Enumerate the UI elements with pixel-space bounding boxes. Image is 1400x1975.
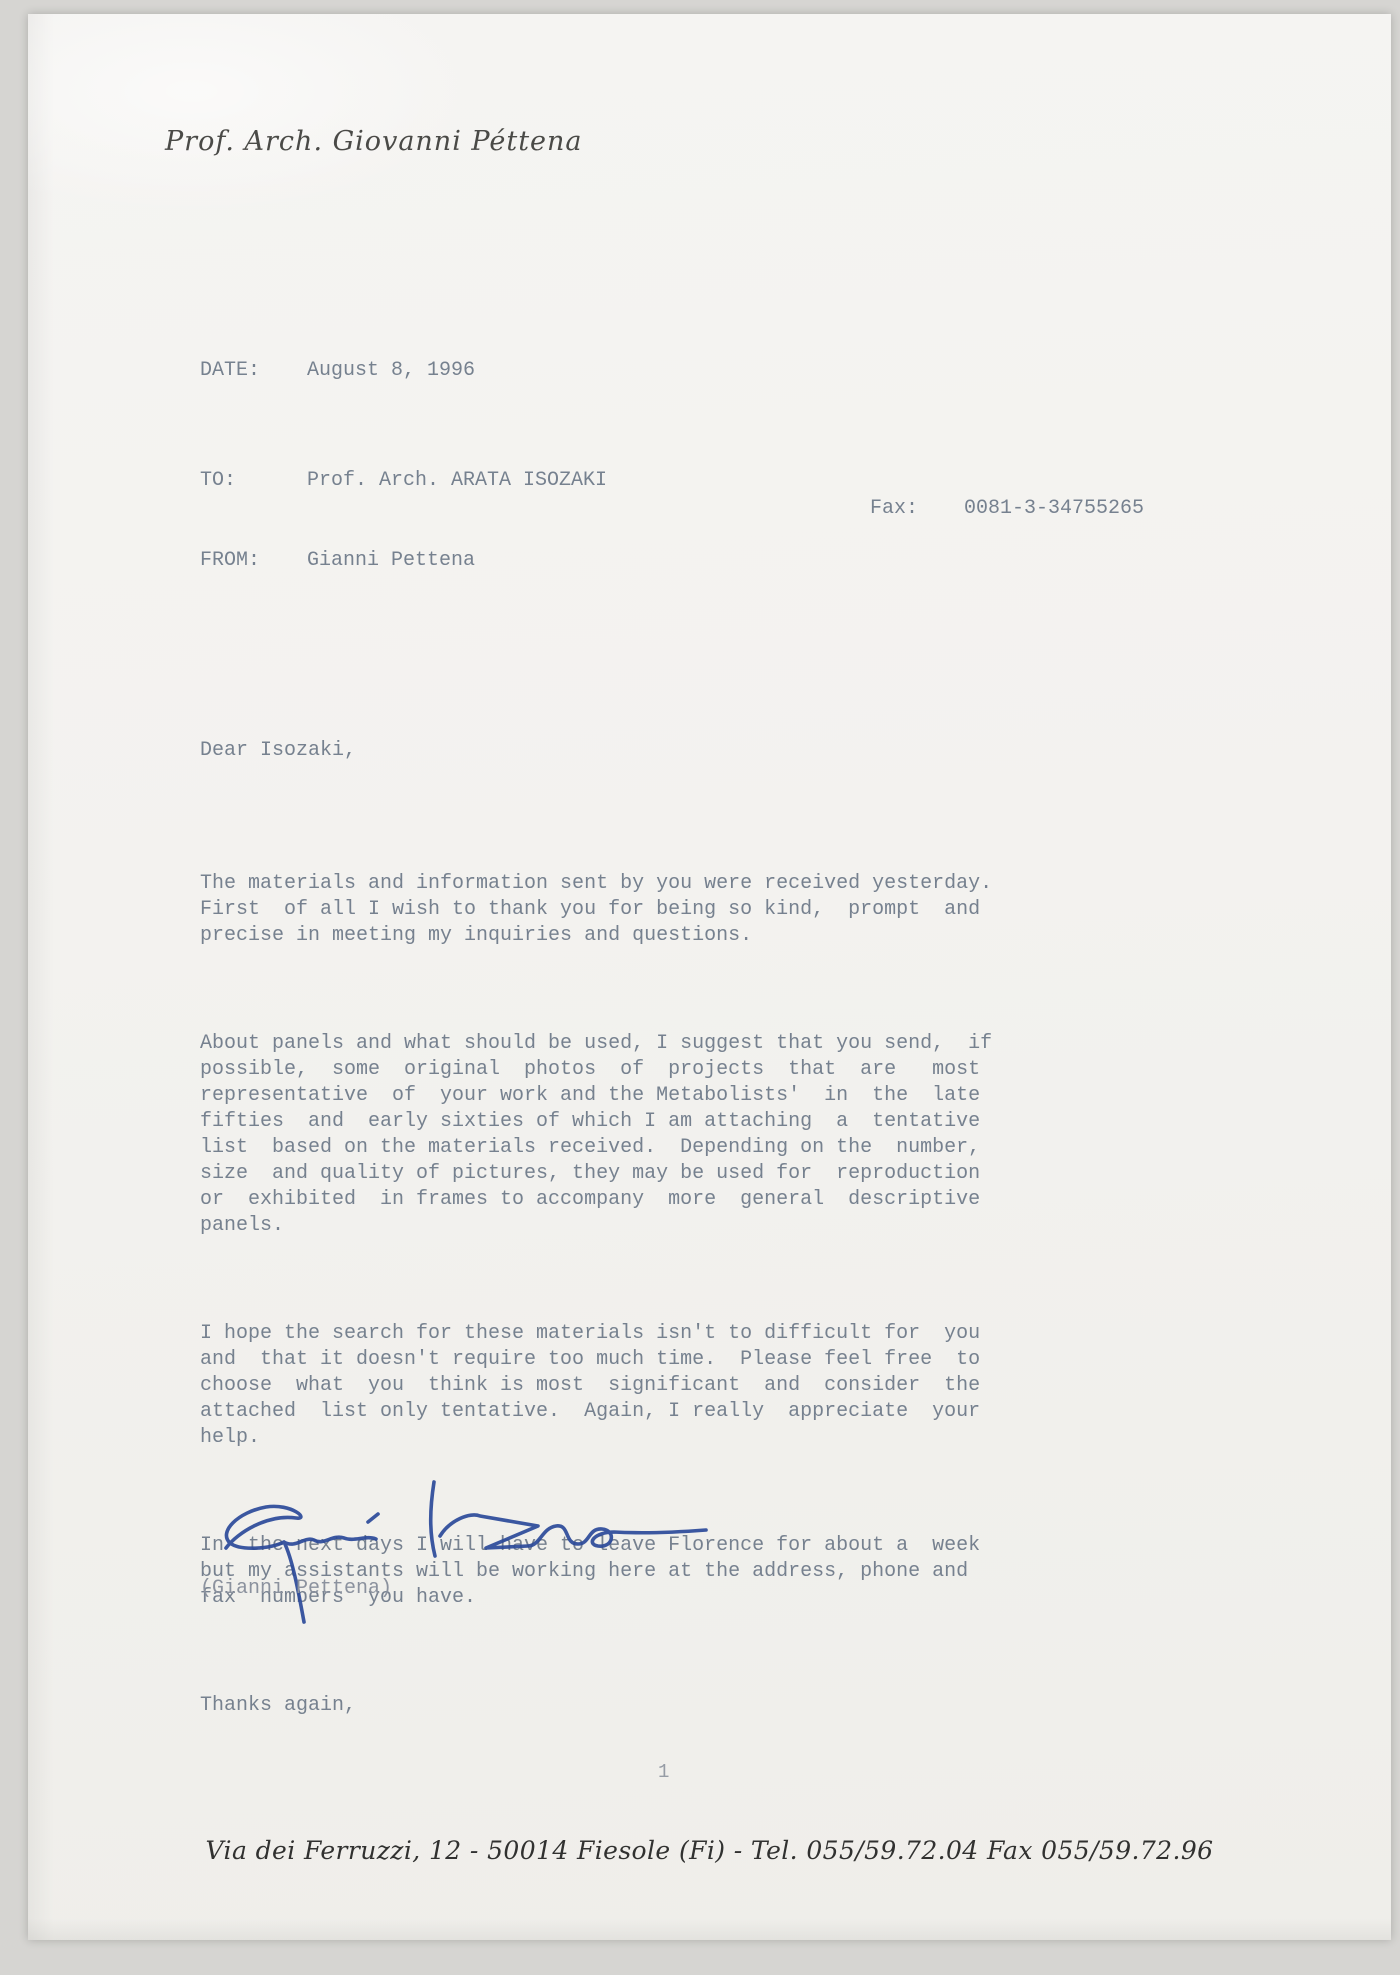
letter-paragraph-1: The materials and information sent by yo…	[200, 871, 1030, 949]
page-number: 1	[658, 1761, 669, 1783]
salutation: Dear Isozaki,	[200, 738, 1030, 764]
to-value: Prof. Arch. ARATA ISOZAKI	[307, 468, 607, 494]
to-row: TO: Prof. Arch. ARATA ISOZAKI	[200, 468, 607, 494]
letter-paper: Prof. Arch. Giovanni Péttena DATE: Augus…	[28, 14, 1391, 1940]
scanned-letter-page: Prof. Arch. Giovanni Péttena DATE: Augus…	[0, 0, 1400, 1975]
date-row: DATE: August 8, 1996	[200, 358, 475, 384]
letterhead-name: Prof. Arch. Giovanni Péttena	[165, 126, 583, 157]
fax-value: 0081-3-34755265	[964, 496, 1144, 522]
letter-header-fields: DATE: August 8, 1996 TO: Prof. Arch. ARA…	[200, 358, 1250, 514]
date-value: August 8, 1996	[307, 358, 475, 384]
from-row: FROM: Gianni Pettena	[200, 548, 475, 574]
fax-label: Fax:	[870, 496, 964, 522]
from-value: Gianni Pettena	[307, 548, 475, 574]
letter-paragraph-3: I hope the search for these materials is…	[200, 1321, 1030, 1451]
to-label: TO:	[200, 468, 307, 494]
fax-row: Fax: 0081-3-34755265	[870, 496, 1144, 522]
signature-name: (Gianni Pettena)	[200, 1576, 392, 1602]
letter-paragraph-2: About panels and what should be used, I …	[200, 1031, 1030, 1239]
date-label: DATE:	[200, 358, 307, 384]
closing-line: Thanks again,	[200, 1693, 1030, 1719]
signature-ink	[216, 1474, 716, 1636]
from-label: FROM:	[200, 548, 307, 574]
footer-address: Via dei Ferruzzi, 12 - 50014 Fiesole (Fi…	[28, 1836, 1391, 1865]
